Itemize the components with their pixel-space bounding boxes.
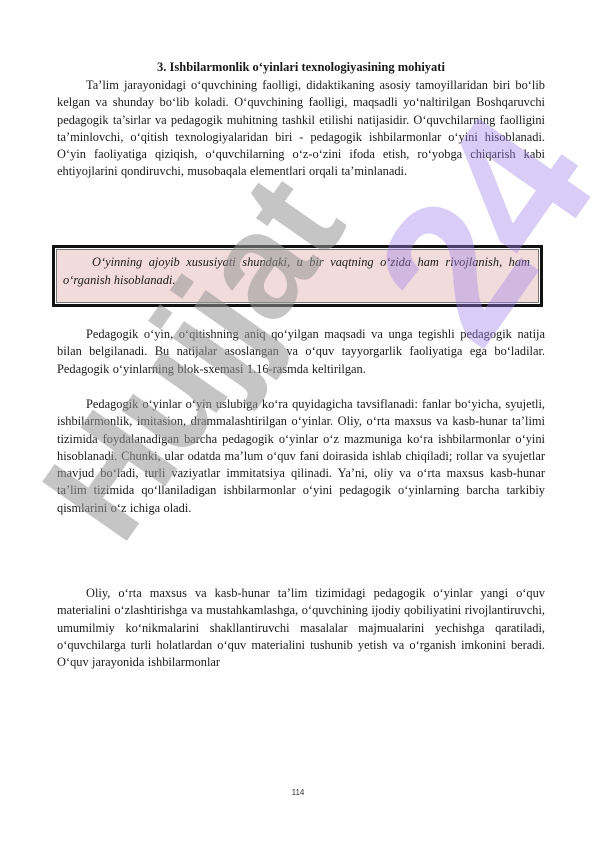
section-heading: 3. Ishbilarmonlik o‘yinlari texnologiyas… <box>57 58 545 76</box>
highlight-box: O‘yinning ajoyib xususiyati shundaki, u … <box>52 245 543 307</box>
paragraph: Pedagogik o‘yinlar o‘yin uslubiga ko‘ra … <box>57 396 545 517</box>
page-number: 114 <box>0 788 596 797</box>
paragraph: Pedagogik o‘yin, o‘qitishning aniq qo‘yi… <box>57 326 545 378</box>
highlight-text: O‘yinning ajoyib xususiyati shundaki, u … <box>63 254 530 289</box>
paragraph: Oliy, o‘rta maxsus va kasb-hunar ta’lim … <box>57 585 545 671</box>
highlight-box-inner: O‘yinning ajoyib xususiyati shundaki, u … <box>56 249 539 303</box>
paragraph: Ta’lim jarayonidagi o‘quvchining faollig… <box>57 77 545 181</box>
